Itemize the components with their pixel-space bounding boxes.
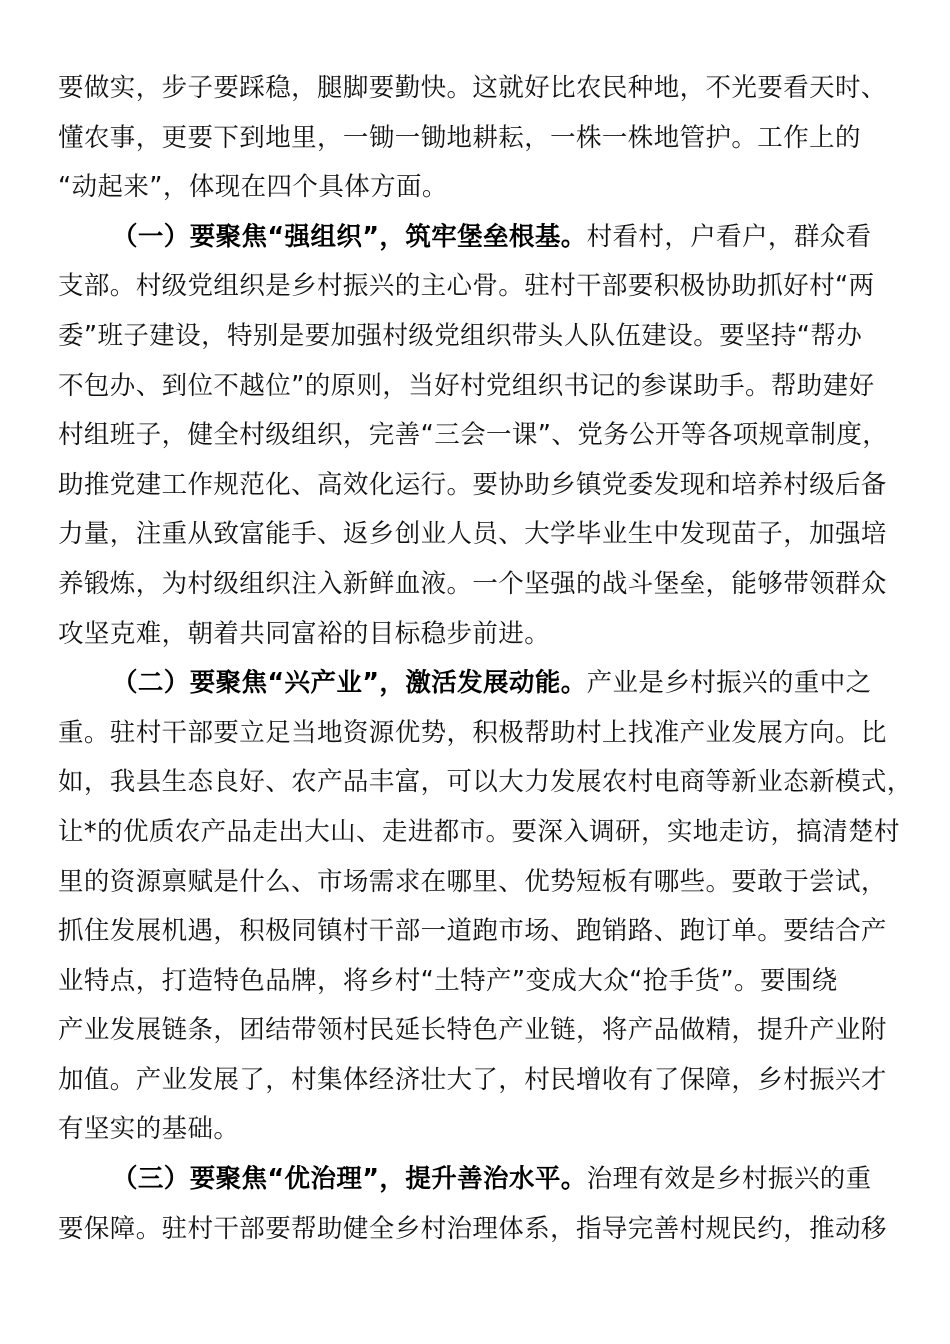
text-line: 不包办、到位不越位”的原则，当好村党组织书记的参谋助手。帮助建好 bbox=[58, 362, 894, 412]
text-line: 攻坚克难，朝着共同富裕的目标稳步前进。 bbox=[58, 610, 894, 660]
text-line: 助推党建工作规范化、高效化运行。要协助乡镇党委发现和培养村级后备 bbox=[58, 461, 894, 511]
text-run: 治理有效是乡村振兴的重 bbox=[587, 1164, 872, 1194]
text-line: （一）要聚焦“强组织”，筑牢堡垒根基。村看村，户看户，群众看 bbox=[58, 213, 894, 263]
section-heading: （二）要聚焦“兴产业”，激活发展动能。 bbox=[112, 668, 587, 698]
text-line: 重。驻村干部要立足当地资源优势，积极帮助村上找准产业发展方向。比 bbox=[58, 709, 894, 759]
paragraph-intro: 要做实，步子要踩稳，腿脚要勤快。这就好比农民种地，不光要看天时、 懂农事，更要下… bbox=[58, 64, 894, 213]
section-heading: （一）要聚焦“强组织”，筑牢堡垒根基。 bbox=[112, 222, 587, 252]
text-line: （三）要聚焦“优治理”，提升善治水平。治理有效是乡村振兴的重 bbox=[58, 1155, 894, 1205]
section-heading: （三）要聚焦“优治理”，提升善治水平。 bbox=[112, 1164, 587, 1194]
text-line: 产业发展链条，团结带领村民延长特色产业链，将产品做精，提升产业附 bbox=[58, 1006, 894, 1056]
text-line: 抓住发展机遇，积极同镇村干部一道跑市场、跑销路、跑订单。要结合产 bbox=[58, 907, 894, 957]
text-line: 要保障。驻村干部要帮助健全乡村治理体系，指导完善村规民约，推动移 bbox=[58, 1205, 894, 1255]
text-line: 如，我县生态良好、农产品丰富，可以大力发展农村电商等新业态新模式， bbox=[58, 758, 894, 808]
text-line: 懂农事，更要下到地里，一锄一锄地耕耘，一株一株地管护。工作上的 bbox=[58, 114, 894, 164]
text-line: （二）要聚焦“兴产业”，激活发展动能。产业是乡村振兴的重中之 bbox=[58, 659, 894, 709]
text-line: 要做实，步子要踩稳，腿脚要勤快。这就好比农民种地，不光要看天时、 bbox=[58, 64, 894, 114]
text-line: 业特点，打造特色品牌，将乡村“土特产”变成大众“抢手货”。要围绕 bbox=[58, 957, 894, 1007]
text-line: 有坚实的基础。 bbox=[58, 1105, 894, 1155]
text-line: 村组班子，健全村级组织，完善“三会一课”、党务公开等各项规章制度， bbox=[58, 411, 894, 461]
paragraph-section-1: （一）要聚焦“强组织”，筑牢堡垒根基。村看村，户看户，群众看 支部。村级党组织是… bbox=[58, 213, 894, 659]
paragraph-section-2: （二）要聚焦“兴产业”，激活发展动能。产业是乡村振兴的重中之 重。驻村干部要立足… bbox=[58, 659, 894, 1155]
text-line: 加值。产业发展了，村集体经济壮大了，村民增收有了保障，乡村振兴才 bbox=[58, 1056, 894, 1106]
text-run: 产业是乡村振兴的重中之 bbox=[587, 668, 872, 698]
paragraph-section-3: （三）要聚焦“优治理”，提升善治水平。治理有效是乡村振兴的重 要保障。驻村干部要… bbox=[58, 1155, 894, 1254]
text-run: 村看村，户看户，群众看 bbox=[587, 222, 872, 252]
text-line: 让*的优质农产品走出大山、走进都市。要深入调研，实地走访，搞清楚村 bbox=[58, 808, 894, 858]
text-line: 支部。村级党组织是乡村振兴的主心骨。驻村干部要积极协助抓好村“两 bbox=[58, 262, 894, 312]
document-page: 要做实，步子要踩稳，腿脚要勤快。这就好比农民种地，不光要看天时、 懂农事，更要下… bbox=[58, 64, 894, 1254]
text-line: 里的资源禀赋是什么、市场需求在哪里、优势短板有哪些。要敢于尝试， bbox=[58, 858, 894, 908]
text-line: 养锻炼，为村级组织注入新鲜血液。一个坚强的战斗堡垒，能够带领群众 bbox=[58, 560, 894, 610]
text-line: 委”班子建设，特别是要加强村级党组织带头人队伍建设。要坚持“帮办 bbox=[58, 312, 894, 362]
text-line: 力量，注重从致富能手、返乡创业人员、大学毕业生中发现苗子，加强培 bbox=[58, 510, 894, 560]
text-line: “动起来”，体现在四个具体方面。 bbox=[58, 163, 894, 213]
